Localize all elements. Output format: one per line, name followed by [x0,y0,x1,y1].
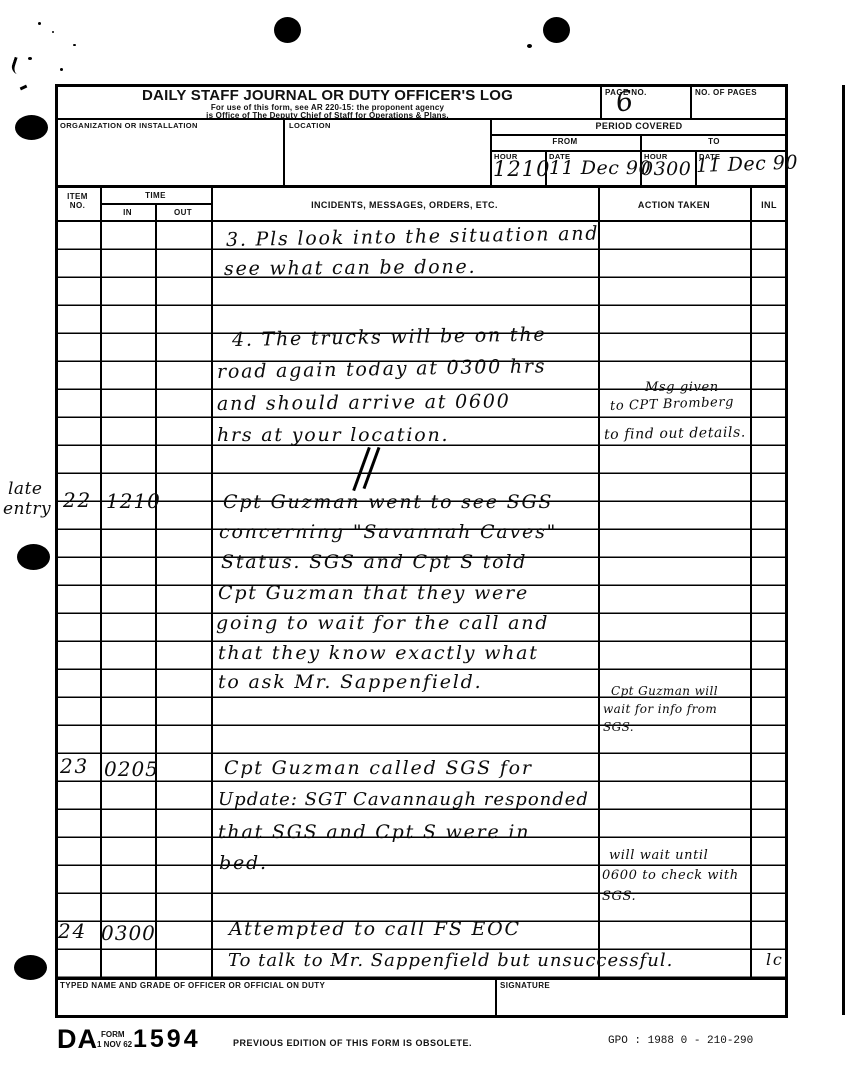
footer-form-date: 1 NOV 62 [97,1040,132,1049]
grid-line [155,203,157,978]
typed-name-label: TYPED NAME AND GRADE OF OFFICER OR OFFIC… [60,981,325,990]
to-label: TO [640,137,788,146]
handwritten-line: going to wait for the call and [216,612,549,634]
grid-line [490,134,788,136]
scan-speck [52,31,54,33]
handwritten-line: Update: SGT Cavannaugh responded [218,789,589,810]
hole-punch-top-right [543,17,570,43]
margin-note-entry: entry [3,499,51,519]
handwritten-time-in: 1210 [106,489,161,513]
handwritten-to-hour: 0300 [641,158,691,180]
handwritten-line: Attempted to call FS EOC [229,918,521,940]
handwritten-item-no: 24 [58,919,87,943]
handwritten-line: Cpt Guzman called SGS for [224,757,533,779]
period-covered-label: PERIOD COVERED [490,121,788,131]
signature-label: SIGNATURE [500,981,550,990]
handwritten-action-line: wait for info from [603,702,717,716]
handwritten-line: bed. [219,852,268,874]
footer-da: DA [57,1024,98,1055]
time-in-header: IN [100,208,155,217]
scan-speck [28,57,32,60]
handwritten-time-in: 0300 [101,921,156,945]
hole-punch-left-bottom [14,955,47,980]
grid-line [283,118,285,188]
handwritten-action-line: 0600 to check with [602,868,739,883]
handwritten-from-date: 11 Dec 90 [549,157,651,179]
handwritten-line: concerning "Savannah Caves" [219,521,557,543]
scan-squiggle [10,57,25,76]
footer-form-number: 1594 [133,1025,201,1054]
scanned-document-page: DAILY STAFF JOURNAL OR DUTY OFFICER'S LO… [0,0,848,1088]
handwritten-line: hrs at your location. [217,424,449,446]
organization-label: ORGANIZATION OR INSTALLATION [60,121,198,130]
grid-line [211,188,213,978]
no-of-pages-label: NO. OF PAGES [695,88,757,97]
handwritten-item-no: 22 [63,488,92,512]
grid-line [55,118,788,120]
handwritten-from-hour: 1210 [493,157,550,181]
location-label: LOCATION [289,121,331,130]
handwritten-action-line: SGS. [603,720,634,734]
item-no-header: ITEM NO. [55,192,100,210]
grid-line [490,150,788,152]
grid-line [100,188,102,978]
handwritten-action-line: Cpt Guzman will [611,684,718,698]
from-label: FROM [490,137,640,146]
scan-squiggle [20,85,28,91]
scan-speck [527,44,532,48]
grid-line [55,977,788,980]
grid-line [598,188,600,978]
hole-punch-left-middle [17,544,50,570]
footer-obsolete-note: PREVIOUS EDITION OF THIS FORM IS OBSOLET… [233,1038,472,1048]
handwritten-initials: lc [766,950,784,969]
handwritten-time-in: 0205 [104,757,159,781]
time-header: TIME [100,191,211,200]
time-out-header: OUT [155,208,211,217]
incidents-header: INCIDENTS, MESSAGES, ORDERS, ETC. [211,200,598,210]
grid-line [600,84,602,120]
item-no-header-line2: NO. [70,201,85,210]
item-no-header-line1: ITEM [67,192,88,201]
grid-line [750,188,752,978]
handwritten-line: Cpt Guzman that they were [218,582,529,604]
handwritten-line: and should arrive at 0600 [217,390,511,415]
grid-line [55,185,788,188]
scan-speck [60,68,63,71]
hole-punch-left-top [15,115,48,140]
handwritten-line: see what can be done. [224,256,477,280]
handwritten-item-no: 23 [60,754,89,778]
footer-form-word: FORM [101,1030,125,1039]
footer-gpo-note: GPO : 1988 0 - 210-290 [608,1035,753,1047]
handwritten-action-line: SGS. [602,889,636,904]
handwritten-action-line: will wait until [609,848,708,863]
hole-punch-top-left [274,17,301,43]
form-title: DAILY STAFF JOURNAL OR DUTY OFFICER'S LO… [55,87,600,104]
handwritten-line: that SGS and Cpt S were in [218,821,530,843]
grid-line [495,978,497,1018]
scan-speck [73,44,76,46]
handwritten-action-line: Msg given [645,380,719,395]
grid-line [690,84,692,120]
handwritten-line: that they know exactly what [218,642,539,664]
scan-speck [38,22,41,25]
inl-header: INL [750,200,788,210]
action-taken-header: ACTION TAKEN [598,200,750,210]
handwritten-action-line: to find out details. [604,425,746,443]
handwritten-line: Cpt Guzman went to see SGS [223,491,553,513]
margin-note-late: late [8,479,42,499]
scan-page-edge [842,85,845,1015]
handwritten-line: To talk to Mr. Sappenfield but unsuccess… [228,950,673,971]
handwritten-line: to ask Mr. Sappenfield. [218,671,482,693]
handwritten-to-date: 11 Dec 90 [696,151,799,177]
handwritten-line: Status. SGS and Cpt S told [221,551,527,573]
